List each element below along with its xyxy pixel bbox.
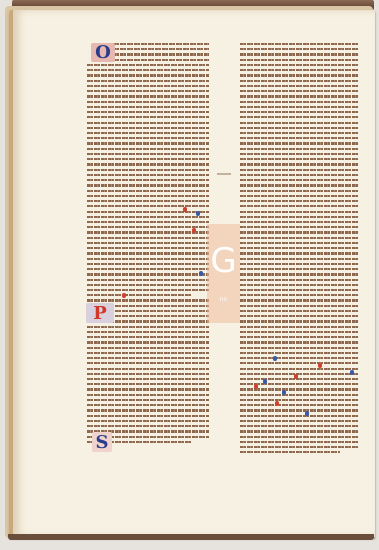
text-line [87, 64, 209, 66]
paragraph-mark-blue [273, 356, 277, 361]
text-line [240, 310, 358, 312]
text-line [240, 211, 358, 213]
text-line [87, 137, 209, 139]
text-line [240, 127, 358, 129]
text-line [240, 85, 358, 87]
text-line [87, 153, 209, 155]
text-line [240, 116, 358, 118]
text-line [87, 299, 209, 301]
text-line [87, 211, 209, 213]
text-line [240, 315, 358, 317]
text-line [87, 247, 209, 249]
text-line [87, 231, 209, 233]
text-line [87, 242, 209, 244]
text-line [240, 331, 358, 333]
text-line [87, 331, 209, 333]
paragraph-mark-blue [263, 379, 267, 384]
text-line [87, 368, 209, 370]
text-line [240, 74, 358, 76]
text-line [240, 347, 358, 349]
text-line [240, 305, 358, 307]
text-line [240, 106, 358, 108]
text-line [87, 415, 209, 417]
marginal-annotation [217, 173, 231, 175]
text-line [240, 179, 358, 181]
text-line [240, 59, 358, 61]
text-line [240, 158, 358, 160]
text-line [87, 200, 209, 202]
paragraph-mark-red [318, 363, 322, 368]
text-line [87, 420, 209, 422]
text-line [240, 268, 358, 270]
text-line [240, 252, 358, 254]
watermark: G no [207, 224, 240, 323]
paragraph-mark-red [294, 374, 298, 379]
text-line [87, 258, 209, 260]
text-line [87, 284, 209, 286]
watermark-letter: G [210, 244, 236, 278]
text-line [87, 326, 209, 328]
text-line [113, 48, 209, 50]
text-line [240, 299, 358, 301]
text-line [240, 101, 358, 103]
text-line [87, 116, 209, 118]
text-line [240, 388, 358, 390]
text-line [240, 425, 358, 427]
text-line [113, 53, 209, 55]
text-line [240, 451, 340, 453]
text-line [240, 90, 358, 92]
text-column-right [240, 43, 358, 457]
text-line [240, 378, 358, 380]
text-line [240, 258, 358, 260]
text-line [240, 362, 358, 364]
text-line [240, 169, 358, 171]
text-line [240, 242, 358, 244]
text-line [87, 289, 209, 291]
paragraph-mark-red [275, 401, 279, 406]
text-line [240, 446, 358, 448]
text-line [87, 409, 209, 411]
text-line [240, 279, 358, 281]
text-line [240, 142, 358, 144]
text-line [240, 200, 358, 202]
text-line [240, 441, 358, 443]
text-line [87, 174, 209, 176]
paragraph-mark-blue [282, 390, 286, 395]
text-line [87, 399, 209, 401]
text-line [240, 48, 358, 50]
text-line [87, 216, 209, 218]
text-line [87, 106, 209, 108]
text-line [240, 43, 358, 45]
text-line [87, 294, 191, 296]
text-line [240, 373, 358, 375]
text-line [87, 221, 209, 223]
text-line [240, 247, 358, 249]
text-line [87, 263, 209, 265]
decorated-initial-p: P [86, 303, 114, 323]
text-line [240, 394, 358, 396]
paragraph-mark-blue [305, 411, 309, 416]
text-line [87, 127, 209, 129]
text-line [87, 425, 209, 427]
text-line [87, 347, 209, 349]
text-line [87, 362, 209, 364]
watermark-tag: no [220, 296, 227, 303]
text-line [87, 237, 209, 239]
paragraph-mark-red [183, 207, 187, 212]
text-line [240, 80, 358, 82]
text-line [87, 74, 209, 76]
text-line [87, 122, 209, 124]
text-line [240, 294, 358, 296]
text-line [87, 148, 209, 150]
text-line [240, 226, 358, 228]
text-line [87, 394, 209, 396]
text-line [240, 231, 358, 233]
text-line [240, 221, 358, 223]
text-line [240, 368, 358, 370]
text-line [240, 352, 358, 354]
text-line [240, 399, 358, 401]
text-line [87, 132, 209, 134]
text-line [87, 69, 209, 71]
text-line [240, 184, 358, 186]
text-line [87, 205, 209, 207]
text-line [240, 273, 358, 275]
text-line [240, 336, 358, 338]
text-line [240, 111, 358, 113]
text-line [240, 190, 358, 192]
decorated-initial-o: O [91, 43, 115, 62]
text-line [240, 263, 358, 265]
text-line [87, 163, 209, 165]
text-line [240, 289, 358, 291]
text-line [87, 383, 209, 385]
text-line [240, 53, 358, 55]
text-line [87, 195, 209, 197]
text-line [87, 101, 209, 103]
paragraph-mark-red [192, 228, 196, 233]
paragraph-mark-blue [199, 271, 203, 276]
text-line [87, 357, 209, 359]
text-line [240, 205, 358, 207]
text-line [240, 122, 358, 124]
text-line [87, 90, 209, 92]
text-line [87, 190, 209, 192]
text-line [240, 95, 358, 97]
text-line [87, 279, 209, 281]
book-cover-bottom-edge [8, 534, 374, 540]
text-line [87, 158, 209, 160]
text-column-left [87, 43, 209, 446]
text-line [240, 64, 358, 66]
text-line [87, 336, 209, 338]
text-line [240, 415, 358, 417]
text-line [240, 216, 358, 218]
text-line [87, 226, 209, 228]
text-line [240, 148, 358, 150]
text-line [87, 80, 209, 82]
text-line [87, 142, 209, 144]
text-line [240, 174, 358, 176]
text-line [87, 184, 209, 186]
text-line [87, 111, 209, 113]
text-line [240, 132, 358, 134]
paragraph-mark-blue [196, 211, 200, 216]
text-line [87, 373, 209, 375]
text-line [240, 404, 358, 406]
text-line [113, 43, 209, 45]
text-line [87, 268, 209, 270]
text-line [87, 378, 209, 380]
text-line [240, 237, 358, 239]
text-line [240, 430, 358, 432]
text-line [113, 59, 209, 61]
text-line [87, 95, 209, 97]
text-line [240, 163, 358, 165]
text-line [87, 388, 209, 390]
text-line [240, 326, 358, 328]
text-line [240, 69, 358, 71]
text-line [240, 420, 358, 422]
text-line [240, 341, 358, 343]
text-line [87, 352, 209, 354]
text-line [87, 179, 209, 181]
text-line [240, 409, 358, 411]
text-line [87, 273, 209, 275]
paragraph-mark-blue [350, 370, 354, 375]
text-line [240, 137, 358, 139]
text-line [240, 284, 358, 286]
paragraph-mark-red [254, 384, 258, 389]
paragraph-mark-red [122, 293, 126, 298]
text-line [240, 195, 358, 197]
text-line [240, 436, 358, 438]
text-line [87, 404, 209, 406]
text-line [87, 341, 209, 343]
text-line [240, 357, 358, 359]
decorated-initial-s: S [92, 432, 112, 452]
text-line [240, 320, 358, 322]
text-line [87, 85, 209, 87]
text-line [87, 252, 209, 254]
text-line [240, 153, 358, 155]
text-line [87, 169, 209, 171]
